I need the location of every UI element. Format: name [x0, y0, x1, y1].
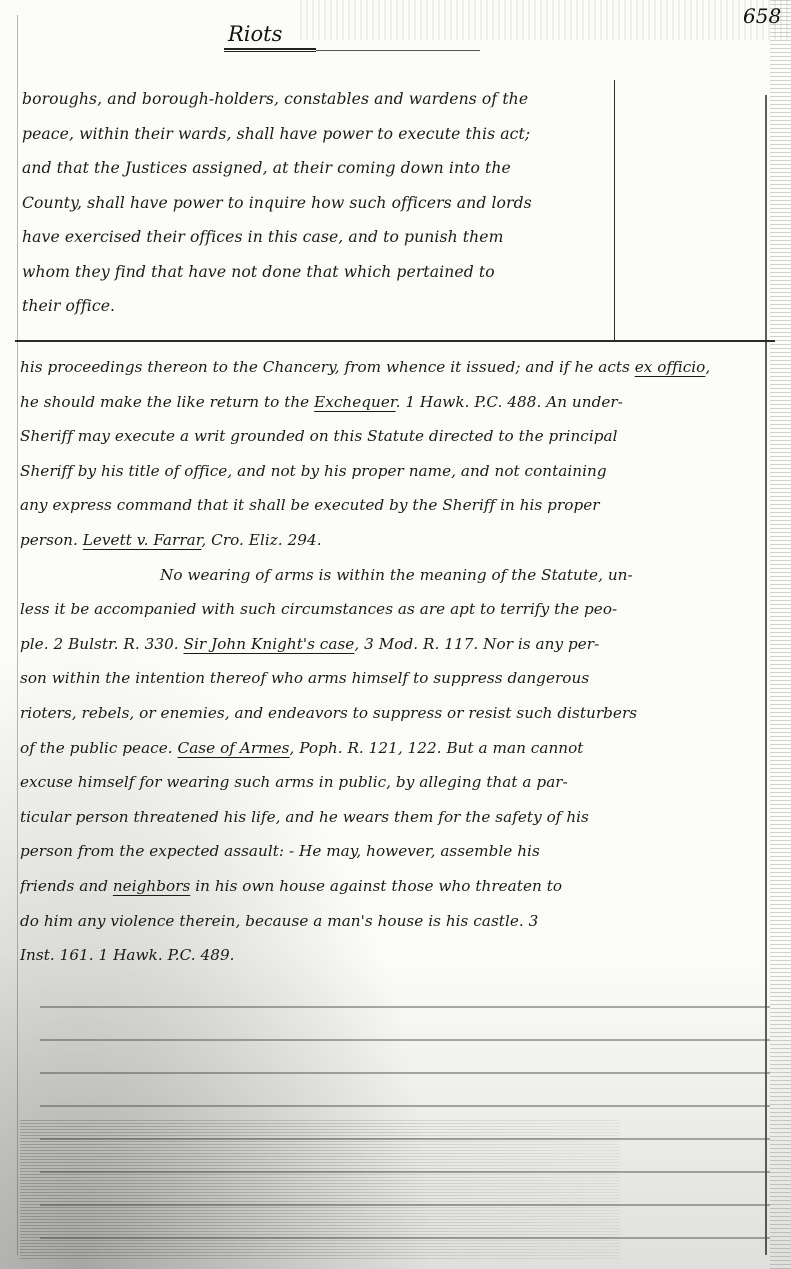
text-line: boroughs, and borough-holders, constable…: [22, 82, 612, 117]
left-margin-rule: [17, 15, 18, 1255]
text-line: whom they find that have not done that w…: [22, 255, 612, 290]
text-line: County, shall have power to inquire how …: [22, 186, 612, 221]
text-run: Sheriff by his title of office, and not …: [20, 462, 607, 480]
page-title: Riots: [228, 22, 282, 46]
boxed-passage: boroughs, and borough-holders, constable…: [22, 82, 612, 324]
text-run: he should make the like return to the: [20, 393, 314, 411]
text-run: ple. 2 Bulstr. R. 330.: [20, 635, 184, 653]
case-citation: Sir John Knight's case: [184, 635, 355, 653]
text-line: less it be accompanied with such circums…: [20, 592, 768, 627]
text-run: rioters, rebels, or enemies, and endeavo…: [20, 704, 637, 722]
scan-bleed-through: [20, 1120, 620, 1260]
text-run: ,: [705, 358, 710, 376]
main-text: his proceedings thereon to the Chancery,…: [20, 350, 768, 973]
text-run: Sheriff may execute a writ grounded on t…: [20, 427, 618, 445]
text-run: person from the expected assault: - He m…: [20, 842, 540, 860]
section-divider: [15, 340, 775, 342]
underlined-term: ex officio: [635, 358, 706, 376]
page-number: 658: [743, 4, 781, 28]
text-line: do him any violence therein, because a m…: [20, 904, 768, 939]
text-run: , 3 Mod. R. 117. Nor is any per-: [354, 635, 599, 653]
text-line: person from the expected assault: - He m…: [20, 834, 768, 869]
text-line: son within the intention thereof who arm…: [20, 661, 768, 696]
text-line: Sheriff may execute a writ grounded on t…: [20, 419, 768, 454]
text-line: ticular person threatened his life, and …: [20, 800, 768, 835]
page-edge-shadow: [770, 0, 791, 1269]
text-line: he should make the like return to the Ex…: [20, 385, 768, 420]
text-line: friends and neighbors in his own house a…: [20, 869, 768, 904]
text-run: any express command that it shall be exe…: [20, 496, 600, 514]
text-run: do him any violence therein, because a m…: [20, 912, 538, 930]
text-run: less it be accompanied with such circums…: [20, 600, 617, 618]
text-line: have exercised their offices in this cas…: [22, 220, 612, 255]
underlined-term: Exchequer: [314, 393, 395, 411]
text-run: , Cro. Eliz. 294.: [201, 531, 321, 549]
text-run: in his own house against those who threa…: [190, 877, 562, 895]
text-run: person.: [20, 531, 83, 549]
title-underline: [224, 48, 316, 52]
text-line: rioters, rebels, or enemies, and endeavo…: [20, 696, 768, 731]
text-line: Inst. 161. 1 Hawk. P.C. 489.: [20, 938, 768, 973]
text-line: of the public peace. Case of Armes, Poph…: [20, 731, 768, 766]
text-run: excuse himself for wearing such arms in …: [20, 773, 568, 791]
text-run: No wearing of arms is within the meaning…: [160, 566, 633, 584]
text-run: , Poph. R. 121, 122. But a man cannot: [289, 739, 583, 757]
text-line: their office.: [22, 289, 612, 324]
text-line: his proceedings thereon to the Chancery,…: [20, 350, 768, 385]
case-citation: Levett v. Farrar: [83, 531, 202, 549]
text-run: . 1 Hawk. P.C. 488. An under-: [396, 393, 623, 411]
title-rule: [316, 50, 480, 51]
manuscript-page: Riots 658 boroughs, and borough-holders,…: [0, 0, 791, 1269]
text-line: peace, within their wards, shall have po…: [22, 117, 612, 152]
text-line: Sheriff by his title of office, and not …: [20, 454, 768, 489]
text-line: No wearing of arms is within the meaning…: [20, 558, 768, 593]
case-citation: Case of Armes: [178, 739, 290, 757]
text-line: any express command that it shall be exe…: [20, 488, 768, 523]
text-run: friends and: [20, 877, 113, 895]
boxed-passage-rule: [614, 80, 615, 342]
underlined-term: neighbors: [113, 877, 191, 895]
text-run: his proceedings thereon to the Chancery,…: [20, 358, 635, 376]
text-run: of the public peace.: [20, 739, 178, 757]
text-run: son within the intention thereof who arm…: [20, 669, 589, 687]
text-line: person. Levett v. Farrar, Cro. Eliz. 294…: [20, 523, 768, 558]
scan-noise: [300, 0, 791, 40]
text-line: and that the Justices assigned, at their…: [22, 151, 612, 186]
text-run: ticular person threatened his life, and …: [20, 808, 589, 826]
text-line: ple. 2 Bulstr. R. 330. Sir John Knight's…: [20, 627, 768, 662]
text-line: excuse himself for wearing such arms in …: [20, 765, 768, 800]
text-run: Inst. 161. 1 Hawk. P.C. 489.: [20, 946, 235, 964]
